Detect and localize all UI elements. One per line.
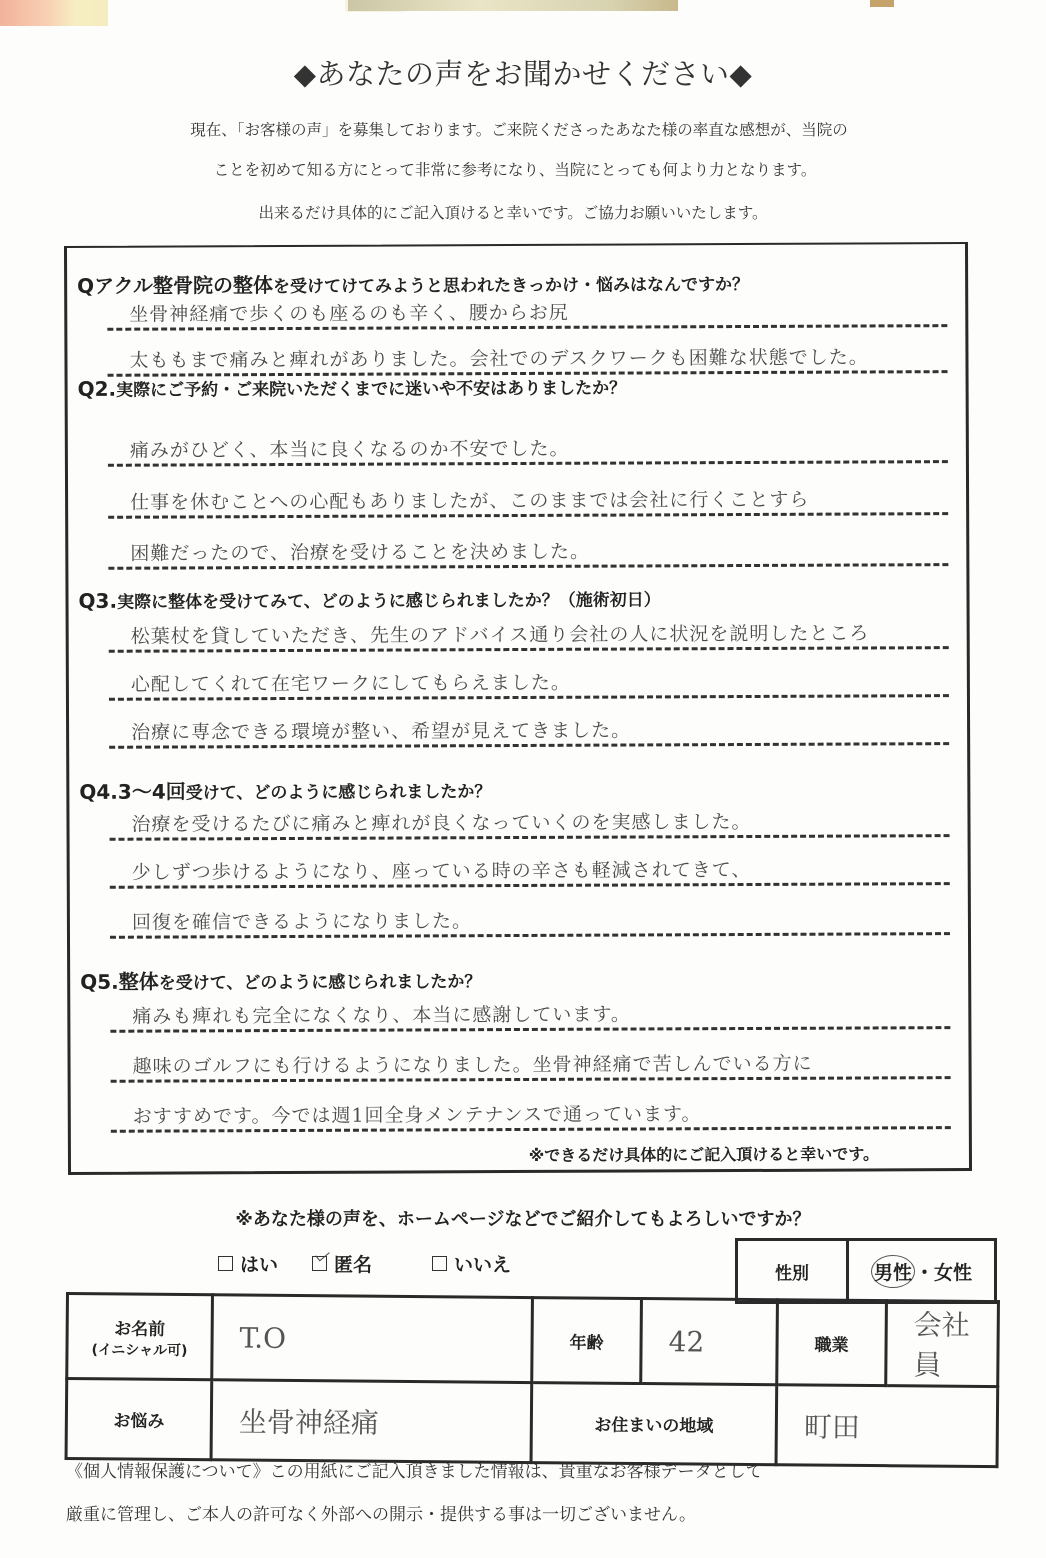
answer-line[interactable]: 坐骨神経痛で歩くのも座るのも辛く、腰からお尻 bbox=[107, 294, 947, 331]
box-note: ※できるだけ具体的にご記入頂けると幸いです。 bbox=[529, 1141, 879, 1166]
photo-edge-strip bbox=[0, 0, 1046, 24]
answer-line[interactable]: 心配してくれて在宅ワークにしてもらえました。 bbox=[109, 664, 949, 701]
question-5: Q5.整体を受けて、どのように感じられましたか？ bbox=[80, 964, 481, 995]
question-label: Q2. bbox=[78, 377, 117, 401]
name-field[interactable]: T.O bbox=[212, 1295, 533, 1383]
intro-line: ことを初めて知る方にとって非常に参考になり、当院にとっても何より力となります。 bbox=[0, 158, 1038, 180]
answer-line[interactable]: 治療を受けるたびに痛みと痺れが良くなっていくのを実感しました。 bbox=[109, 804, 949, 841]
job-field[interactable]: 会社員 bbox=[886, 1301, 999, 1387]
name-label: お名前 bbox=[70, 1314, 210, 1340]
privacy-notice-line: 厳重に管理し、ご本人の許可なく外部への開示・提供する事は一切ございません。 bbox=[66, 1500, 696, 1525]
question-label: Q5.整体 bbox=[80, 970, 159, 994]
photo-fragment bbox=[348, 0, 678, 11]
job-label: 職業 bbox=[777, 1300, 887, 1386]
gender-options: 男性・女性 bbox=[848, 1240, 996, 1303]
gender-female[interactable]: 女性 bbox=[934, 1262, 972, 1284]
question-label: Qアクル整骨院の整体 bbox=[77, 273, 273, 298]
name-label-cell: お名前 (イニシャル可) bbox=[67, 1294, 213, 1380]
question-text: 実際にご予約・ご来院いただくまでに迷いや不安はありましたか？ bbox=[116, 379, 626, 401]
consent-option-no[interactable]: いいえ bbox=[432, 1250, 511, 1277]
option-label: いいえ bbox=[454, 1250, 511, 1277]
checkbox-checked-icon[interactable] bbox=[312, 1256, 327, 1271]
option-label: 匿名 bbox=[334, 1250, 372, 1277]
question-3: Q3.実際に整体を受けてみて、どのように感じられましたか？（施術初日） bbox=[78, 585, 660, 613]
consent-question: ※あなた様の声を、ホームページなどでご紹介してもよろしいですか？ bbox=[0, 1205, 1046, 1231]
answer-line[interactable]: 痛みも痺れも完全になくなり、本当に感謝しています。 bbox=[110, 996, 950, 1033]
intro-line: 出来るだけ具体的にご記入頂けると幸いです。ご協力お願いいたします。 bbox=[0, 201, 1036, 223]
age-label: 年齢 bbox=[532, 1298, 642, 1384]
option-label: はい bbox=[240, 1250, 278, 1277]
photo-fragment bbox=[870, 0, 894, 7]
answer-line[interactable]: 松葉杖を貸していただき、先生のアドバイス通り会社の人に状況を説明したところ bbox=[109, 616, 949, 653]
consent-option-yes[interactable]: はい bbox=[218, 1250, 278, 1277]
question-label: Q4.3〜4回 bbox=[79, 779, 185, 803]
answer-line[interactable]: 少しずつ歩けるようになり、座っている時の辛さも軽減されてきて、 bbox=[110, 852, 950, 889]
questionnaire-box: Qアクル整骨院の整体を受けてけてみようと思われたきっかけ・悩みはなんですか？ 坐… bbox=[64, 242, 972, 1175]
gender-table: 性別 男性・女性 bbox=[735, 1238, 997, 1304]
answer-line[interactable]: 治療に専念できる環境が整い、希望が見えてきました。 bbox=[109, 712, 949, 749]
concern-field[interactable]: 坐骨神経痛 bbox=[211, 1380, 532, 1463]
name-sublabel: (イニシャル可) bbox=[69, 1339, 209, 1360]
question-label: Q3. bbox=[78, 589, 117, 613]
form-title: ◆あなたの声をお聞かせください◆ bbox=[0, 52, 1046, 93]
answer-line[interactable]: 回復を確信できるようになりました。 bbox=[110, 902, 950, 939]
answer-line[interactable]: 痛みがひどく、本当に良くなるのか不安でした。 bbox=[108, 430, 948, 467]
age-field[interactable]: 42 bbox=[641, 1299, 778, 1385]
question-text: 実際に整体を受けてみて、どのように感じられましたか？（施術初日） bbox=[117, 590, 661, 612]
gender-male-selected[interactable]: 男性 bbox=[871, 1255, 915, 1288]
photo-fragment bbox=[0, 0, 108, 26]
answer-line[interactable]: 仕事を休むことへの心配もありましたが、このままでは会社に行くことすら bbox=[108, 482, 948, 519]
area-label: お住まいの地域 bbox=[531, 1383, 777, 1465]
consent-options: はい 匿名 いいえ bbox=[218, 1250, 545, 1277]
answer-line[interactable]: 趣味のゴルフにも行けるようになりました。坐骨神経痛で苦しんでいる方に bbox=[110, 1046, 950, 1083]
separator: ・ bbox=[915, 1262, 934, 1284]
checkbox-icon[interactable] bbox=[432, 1256, 447, 1271]
intro-line: 現在、「お客様の声」を募集しております。ご来院くださったあなた様の率直な感想が、… bbox=[0, 118, 1042, 140]
answer-line[interactable]: おすすめです。今では週1回全身メンテナンスで通っています。 bbox=[111, 1096, 951, 1133]
answer-line[interactable]: 困難だったので、治療を受けることを決めました。 bbox=[108, 533, 948, 570]
question-text: を受けて、どのように感じられましたか？ bbox=[159, 972, 482, 993]
info-table: お名前 (イニシャル可) T.O 年齢 42 職業 会社員 お悩み 坐骨神経痛 … bbox=[65, 1292, 1000, 1468]
question-text: 受けて、どのように感じられましたか？ bbox=[186, 782, 492, 803]
gender-label: 性別 bbox=[737, 1240, 848, 1303]
concern-label: お悩み bbox=[66, 1379, 212, 1460]
question-text: を受けてけてみようと思われたきっかけ・悩みはなんですか？ bbox=[273, 275, 749, 297]
checkbox-icon[interactable] bbox=[218, 1256, 233, 1271]
question-4: Q4.3〜4回受けて、どのように感じられましたか？ bbox=[79, 774, 491, 805]
question-1: Qアクル整骨院の整体を受けてけてみようと思われたきっかけ・悩みはなんですか？ bbox=[77, 267, 749, 299]
consent-option-anonymous[interactable]: 匿名 bbox=[312, 1250, 372, 1277]
privacy-notice-line: 《個人情報保護について》この用紙にご記入頂きました情報は、貴重なお客様データとし… bbox=[66, 1457, 763, 1482]
answer-line[interactable]: 太ももまで痛みと痺れがありました。会社でのデスクワークも困難な状態でした。 bbox=[107, 340, 947, 377]
question-2: Q2.実際にご予約・ご来院いただくまでに迷いや不安はありましたか？ bbox=[78, 374, 627, 401]
area-field[interactable]: 町田 bbox=[776, 1385, 998, 1467]
